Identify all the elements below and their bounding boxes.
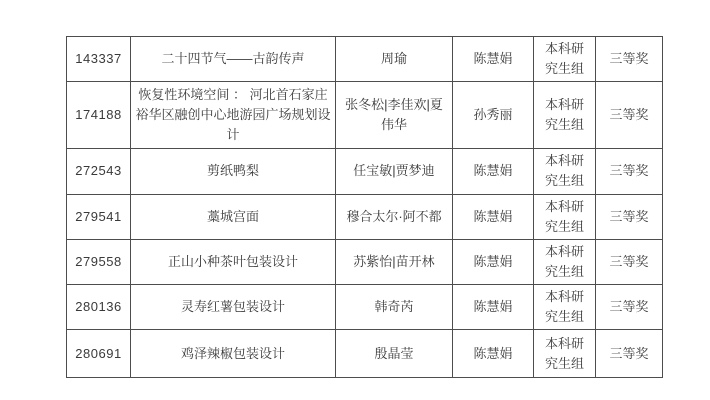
group-label: 本科研究生组 [545,334,584,374]
work-title: 灵寿红薯包装设计 [131,285,336,330]
work-title: 正山小种茶叶包装设计 [131,239,336,284]
authors: 穆合太尔·阿不都 [336,194,453,239]
award-table-body: 143337 二十四节气——古韵传声 周瑜 陈慧娟 本科研究生组 三等奖 174… [67,37,663,378]
authors: 周瑜 [336,37,453,82]
award-level: 三等奖 [596,285,663,330]
group-cell: 本科研究生组 [534,149,596,194]
award-table: 143337 二十四节气——古韵传声 周瑜 陈慧娟 本科研究生组 三等奖 174… [66,36,663,378]
group-label: 本科研究生组 [545,151,584,191]
work-title: 鸡泽辣椒包装设计 [131,330,336,378]
table-row: 279541 藁城宫面 穆合太尔·阿不都 陈慧娟 本科研究生组 三等奖 [67,194,663,239]
work-title: 恢复性环境空间 ： 河北首石家庄裕华区融创中心地游园广场规划设计 [131,82,336,149]
authors: 苏紫怡|苗开林 [336,239,453,284]
award-level: 三等奖 [596,149,663,194]
group-cell: 本科研究生组 [534,194,596,239]
group-cell: 本科研究生组 [534,82,596,149]
entry-id: 143337 [67,37,131,82]
authors: 任宝敏|贾梦迪 [336,149,453,194]
entry-id: 174188 [67,82,131,149]
authors: 殷晶莹 [336,330,453,378]
advisor: 陈慧娟 [453,239,534,284]
table-row: 280136 灵寿红薯包装设计 韩奇芮 陈慧娟 本科研究生组 三等奖 [67,285,663,330]
group-cell: 本科研究生组 [534,285,596,330]
award-level: 三等奖 [596,239,663,284]
table-row: 174188 恢复性环境空间 ： 河北首石家庄裕华区融创中心地游园广场规划设计 … [67,82,663,149]
work-title: 藁城宫面 [131,194,336,239]
advisor: 陈慧娟 [453,194,534,239]
group-label: 本科研究生组 [545,39,584,79]
group-cell: 本科研究生组 [534,330,596,378]
authors: 韩奇芮 [336,285,453,330]
group-label: 本科研究生组 [545,95,584,135]
advisor: 陈慧娟 [453,330,534,378]
entry-id: 279558 [67,239,131,284]
group-cell: 本科研究生组 [534,37,596,82]
entry-id: 280691 [67,330,131,378]
advisor: 孙秀丽 [453,82,534,149]
award-level: 三等奖 [596,330,663,378]
group-label: 本科研究生组 [545,197,584,237]
entry-id: 272543 [67,149,131,194]
document-page: 143337 二十四节气——古韵传声 周瑜 陈慧娟 本科研究生组 三等奖 174… [0,0,710,400]
table-row: 143337 二十四节气——古韵传声 周瑜 陈慧娟 本科研究生组 三等奖 [67,37,663,82]
entry-id: 280136 [67,285,131,330]
group-cell: 本科研究生组 [534,239,596,284]
entry-id: 279541 [67,194,131,239]
award-level: 三等奖 [596,194,663,239]
table-row: 279558 正山小种茶叶包装设计 苏紫怡|苗开林 陈慧娟 本科研究生组 三等奖 [67,239,663,284]
advisor: 陈慧娟 [453,37,534,82]
authors: 张冬松|李佳欢|夏伟华 [336,82,453,149]
advisor: 陈慧娟 [453,285,534,330]
table-row: 280691 鸡泽辣椒包装设计 殷晶莹 陈慧娟 本科研究生组 三等奖 [67,330,663,378]
award-level: 三等奖 [596,82,663,149]
advisor: 陈慧娟 [453,149,534,194]
table-row: 272543 剪纸鸭梨 任宝敏|贾梦迪 陈慧娟 本科研究生组 三等奖 [67,149,663,194]
work-title: 剪纸鸭梨 [131,149,336,194]
group-label: 本科研究生组 [545,242,584,282]
work-title: 二十四节气——古韵传声 [131,37,336,82]
group-label: 本科研究生组 [545,287,584,327]
award-level: 三等奖 [596,37,663,82]
